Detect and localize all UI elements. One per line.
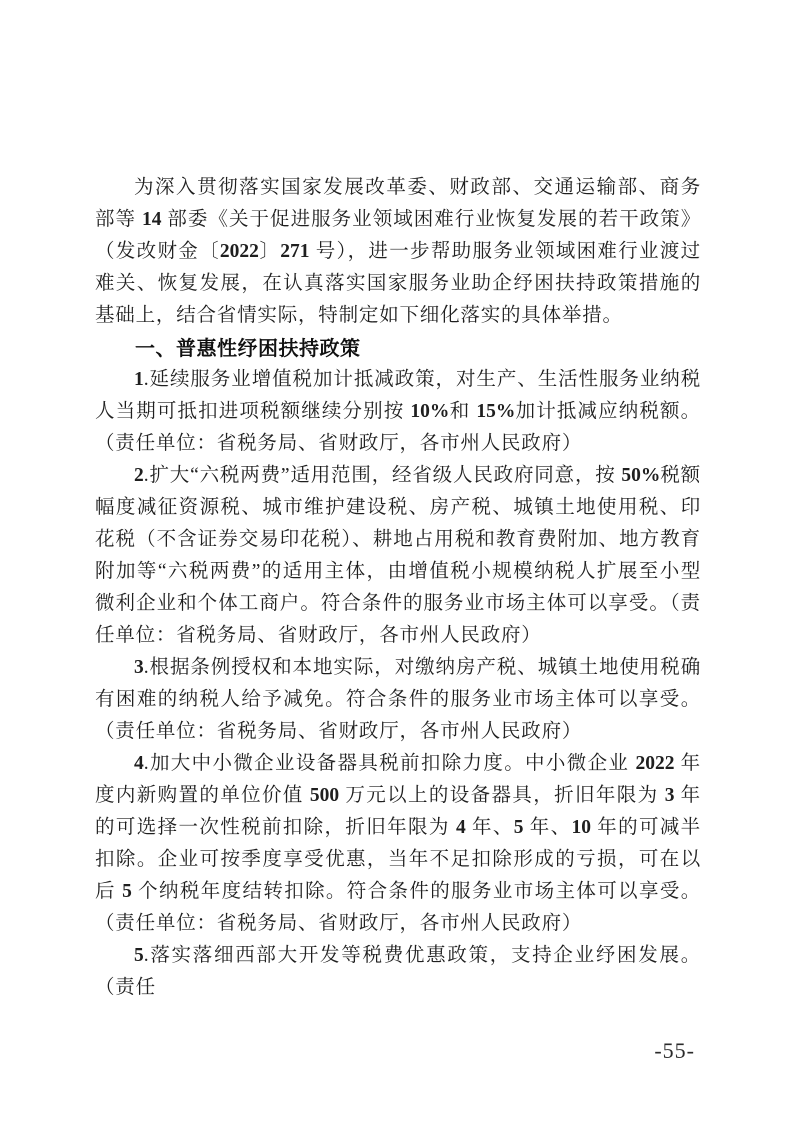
paragraph-intro: 为深入贯彻落实国家发展改革委、财政部、交通运输部、商务部等 14 部委《关于促进… [95, 172, 701, 332]
policy-item-4: 4.加大中小微企业设备器具税前扣除力度。中小微企业 2022 年度内新购置的单位… [95, 748, 701, 940]
policy-item-2: 2.扩大“六税两费”适用范围，经省级人民政府同意，按 50%税额幅度减征资源税、… [95, 460, 701, 652]
page-number: -55- [654, 1038, 695, 1064]
document-body: 为深入贯彻落实国家发展改革委、财政部、交通运输部、商务部等 14 部委《关于促进… [95, 172, 701, 1004]
policy-item-5: 5.落实落细西部大开发等税费优惠政策，支持企业纾困发展。（责任 [95, 940, 701, 1004]
document-page: 为深入贯彻落实国家发展改革委、财政部、交通运输部、商务部等 14 部委《关于促进… [0, 0, 793, 1122]
section-heading: 一、普惠性纾困扶持政策 [95, 332, 701, 364]
policy-item-1: 1.延续服务业增值税加计抵减政策，对生产、生活性服务业纳税人当期可抵扣进项税额继… [95, 364, 701, 460]
policy-item-3: 3.根据条例授权和本地实际，对缴纳房产税、城镇土地使用税确有困难的纳税人给予减免… [95, 652, 701, 748]
